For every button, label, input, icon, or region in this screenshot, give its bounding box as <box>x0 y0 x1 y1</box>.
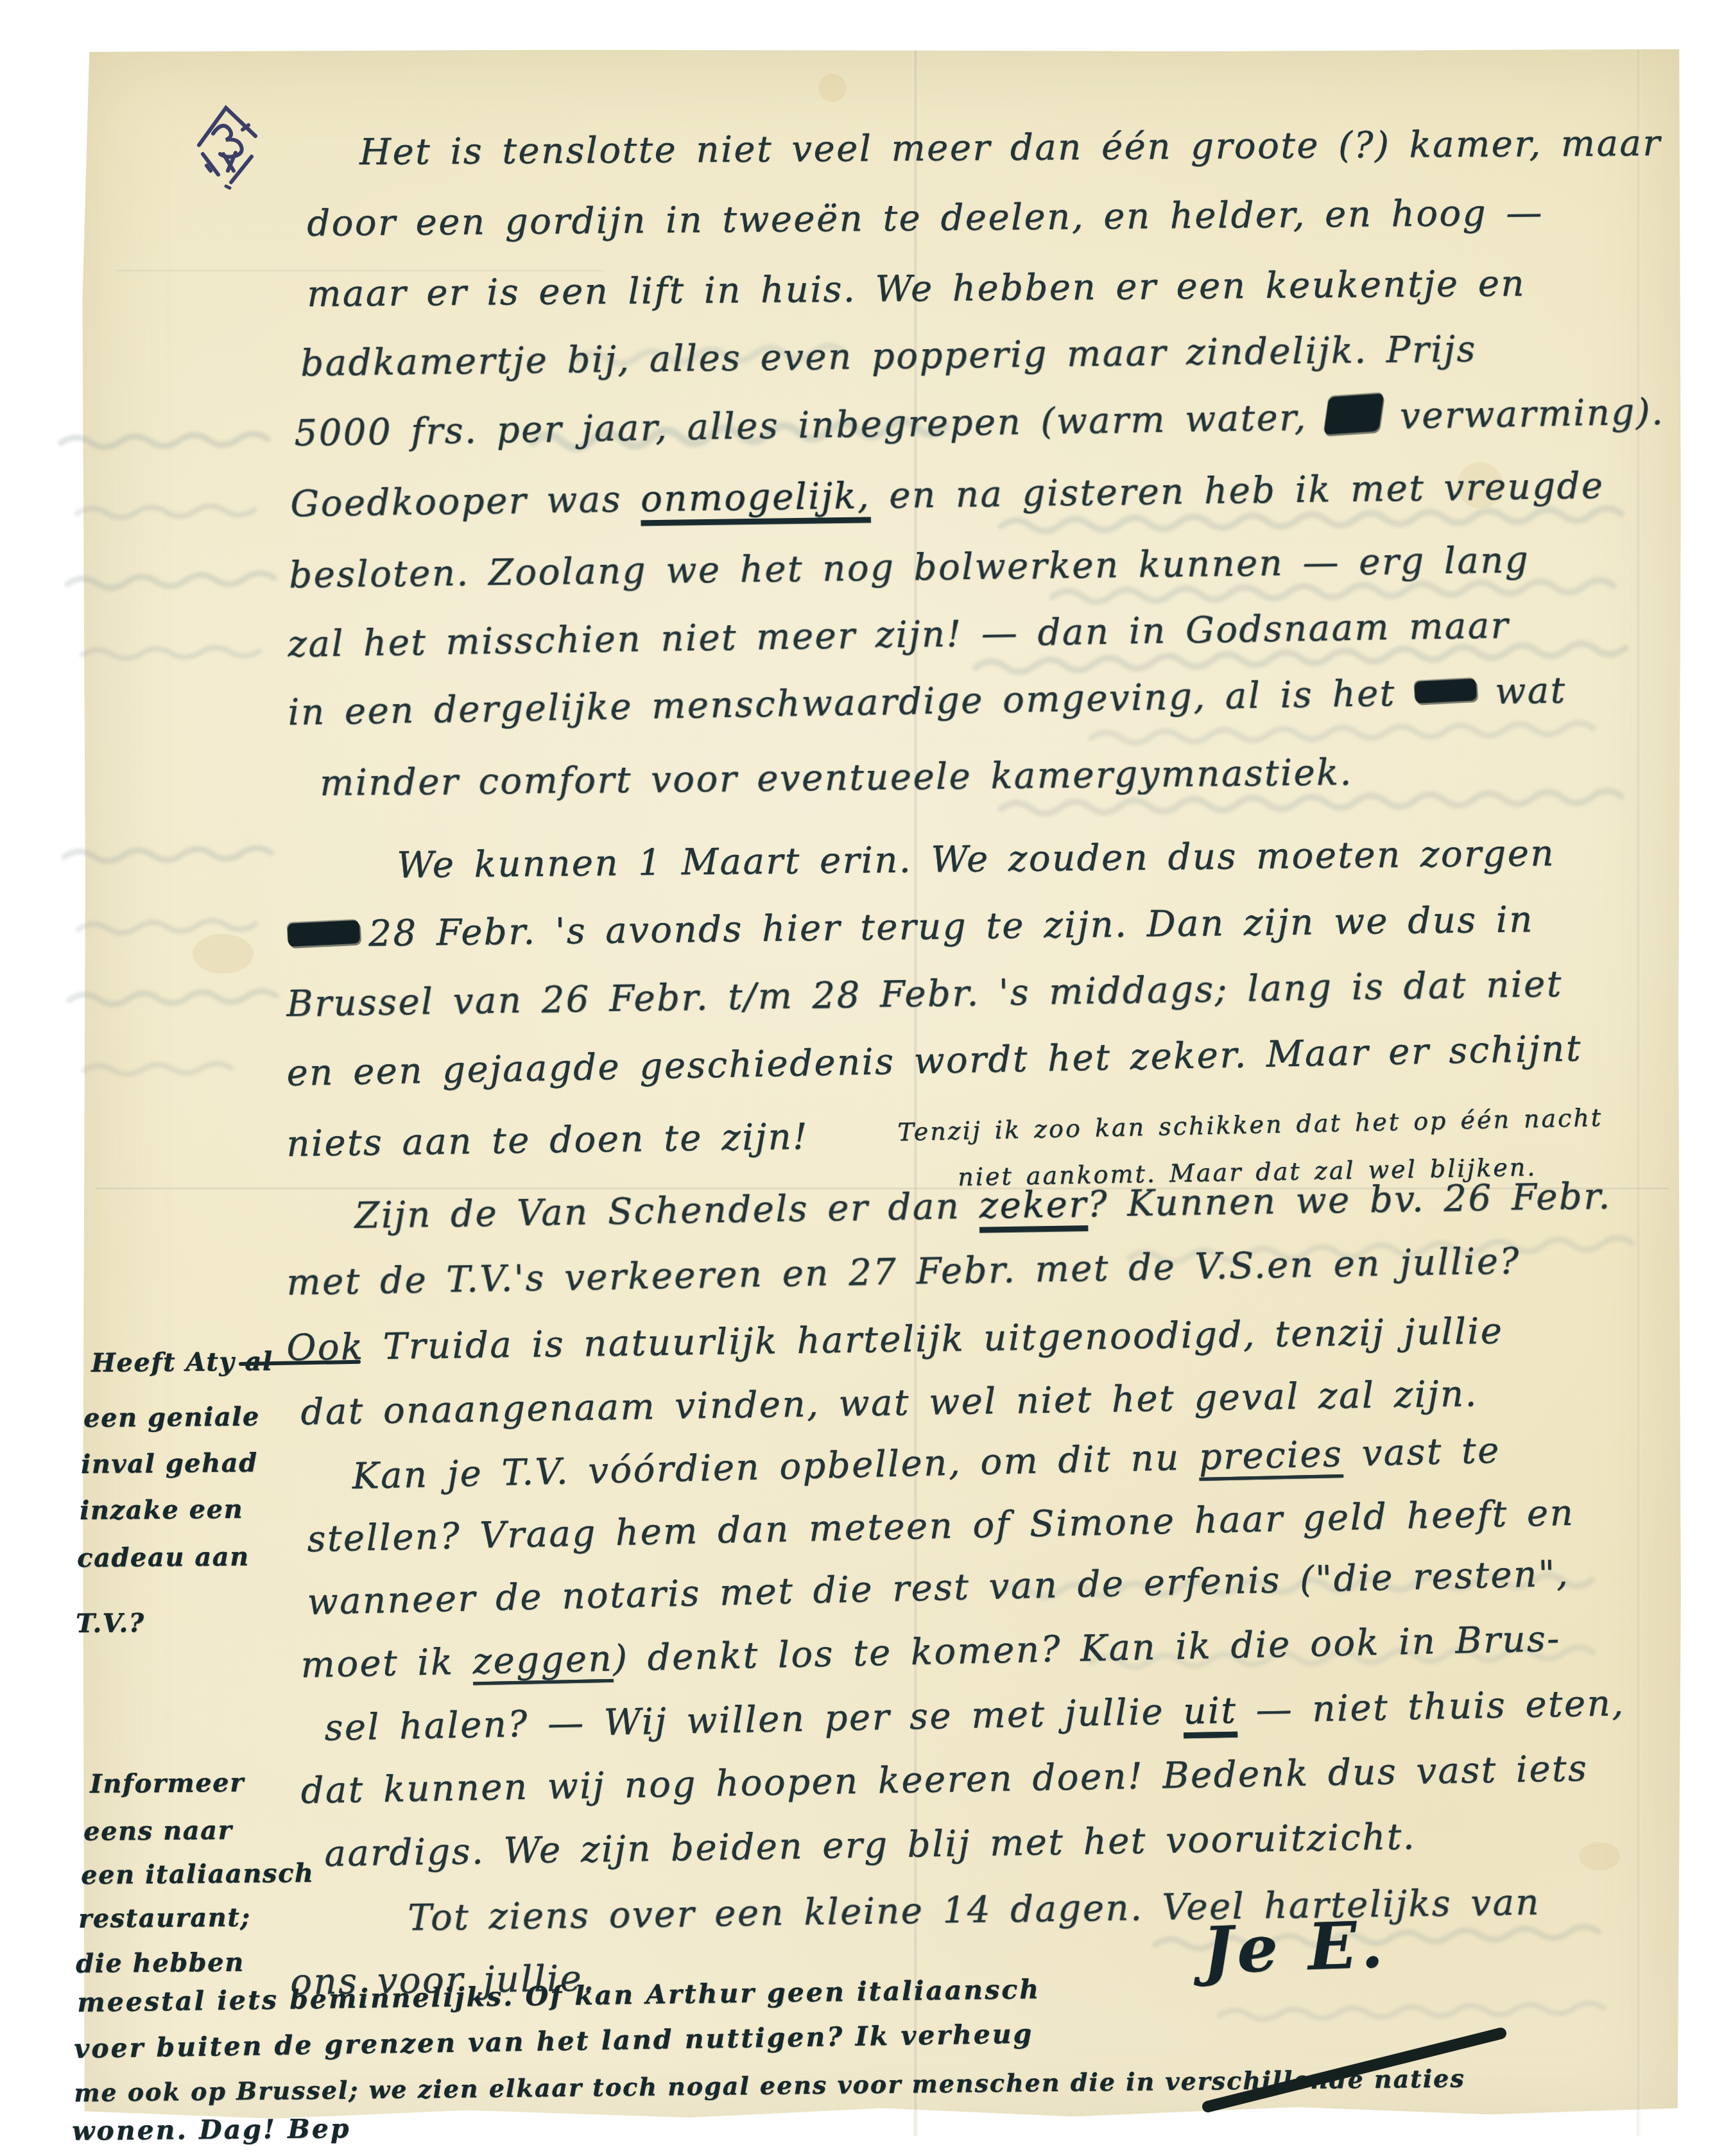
underlined-word: uit <box>1183 1690 1237 1733</box>
underlined-word: precies <box>1198 1433 1343 1478</box>
margin-note-line: een geniale <box>83 1402 260 1433</box>
margin-note-line: eens naar <box>83 1815 232 1847</box>
paper-stain <box>193 934 254 974</box>
margin-note-line: inzake een <box>80 1494 243 1526</box>
scribbled-out-word <box>1414 678 1477 703</box>
underlined-word: zeggen <box>472 1638 614 1683</box>
margin-note-line: restaurant; <box>78 1902 251 1934</box>
line-text: vast te <box>1342 1429 1501 1475</box>
line-text: verwarming). <box>1381 391 1664 437</box>
fold-crease-vertical-faint <box>1635 50 1641 2136</box>
scribbled-out-word <box>288 920 361 947</box>
line-text: moet ik <box>300 1641 473 1686</box>
margin-note-line: T.V.? <box>76 1608 145 1639</box>
underlined-word: onmogelijk, <box>641 475 871 520</box>
margin-note-line: een italiaansch <box>81 1858 315 1890</box>
margin-note-line: die hebben <box>76 1947 245 1979</box>
ink-blot <box>1323 393 1384 435</box>
line-text: Goedkooper was <box>290 478 641 525</box>
underlined-word: zeker <box>979 1184 1088 1227</box>
bottom-note-line: wonen. Dag! Bep <box>72 2113 351 2146</box>
line-text: wat <box>1476 669 1567 712</box>
paper-stain <box>818 74 847 102</box>
margin-note-line: Informeer <box>90 1768 245 1799</box>
margin-note-line: inval gehad <box>81 1448 258 1479</box>
paper-stain <box>1579 1842 1620 1870</box>
signature: Je E. <box>1202 1906 1388 1988</box>
line-text: — niet thuis eten, <box>1237 1682 1625 1732</box>
letter-line: niets aan te doen te zijn! <box>286 1116 809 1165</box>
margin-note-line: cadeau aan <box>77 1542 250 1573</box>
line-text: ? Kunnen we bv. 26 Febr. <box>1087 1175 1612 1225</box>
scanned-letter-page: Het is tenslotte niet veel meer dan één … <box>0 0 1715 2156</box>
